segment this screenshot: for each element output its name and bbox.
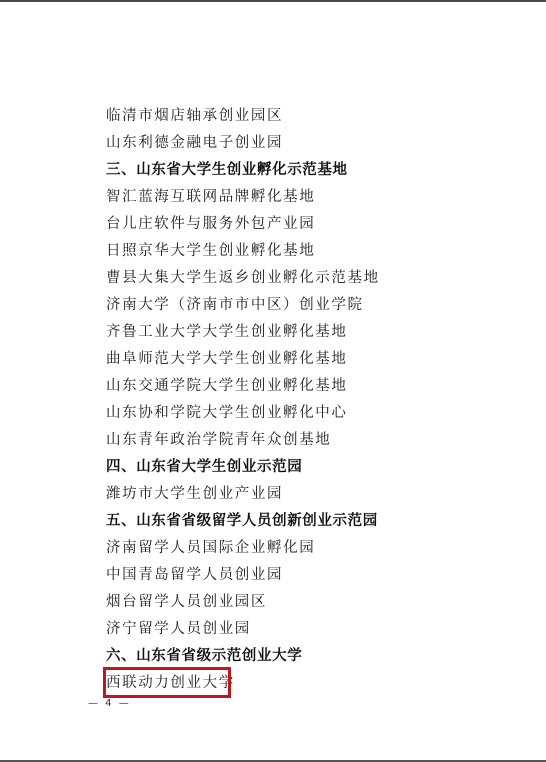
list-item: 中国青岛留学人员创业园 (106, 562, 380, 589)
list-item: 济宁留学人员创业园 (106, 616, 380, 643)
page-number: — 4 — (88, 698, 131, 709)
list-item: 山东利德金融电子创业园 (106, 130, 380, 157)
list-item: 智汇蓝海互联网品牌孵化基地 (106, 184, 380, 211)
document-list: 临清市烟店轴承创业园区 山东利德金融电子创业园 三、山东省大学生创业孵化示范基地… (106, 103, 380, 697)
list-item: 潍坊市大学生创业产业园 (106, 481, 380, 508)
list-item: 临清市烟店轴承创业园区 (106, 103, 380, 130)
list-item: 齐鲁工业大学大学生创业孵化基地 (106, 319, 380, 346)
section-heading: 六、山东省省级示范创业大学 (106, 643, 380, 670)
list-item: 山东协和学院大学生创业孵化中心 (106, 400, 380, 427)
section-heading: 三、山东省大学生创业孵化示范基地 (106, 157, 380, 184)
list-item: 烟台留学人员创业园区 (106, 589, 380, 616)
list-item: 台儿庄软件与服务外包产业园 (106, 211, 380, 238)
list-item: 日照京华大学生创业孵化基地 (106, 238, 380, 265)
section-heading: 四、山东省大学生创业示范园 (106, 454, 380, 481)
list-item: 山东交通学院大学生创业孵化基地 (106, 373, 380, 400)
list-item: 曲阜师范大学大学生创业孵化基地 (106, 346, 380, 373)
red-highlight-box (103, 667, 231, 698)
list-item: 山东青年政治学院青年众创基地 (106, 427, 380, 454)
section-heading: 五、山东省省级留学人员创新创业示范园 (106, 508, 380, 535)
list-item: 曹县大集大学生返乡创业孵化示范基地 (106, 265, 380, 292)
list-item: 济南留学人员国际企业孵化园 (106, 535, 380, 562)
list-item: 济南大学（济南市市中区）创业学院 (106, 292, 380, 319)
scan-top-edge (0, 0, 546, 2)
